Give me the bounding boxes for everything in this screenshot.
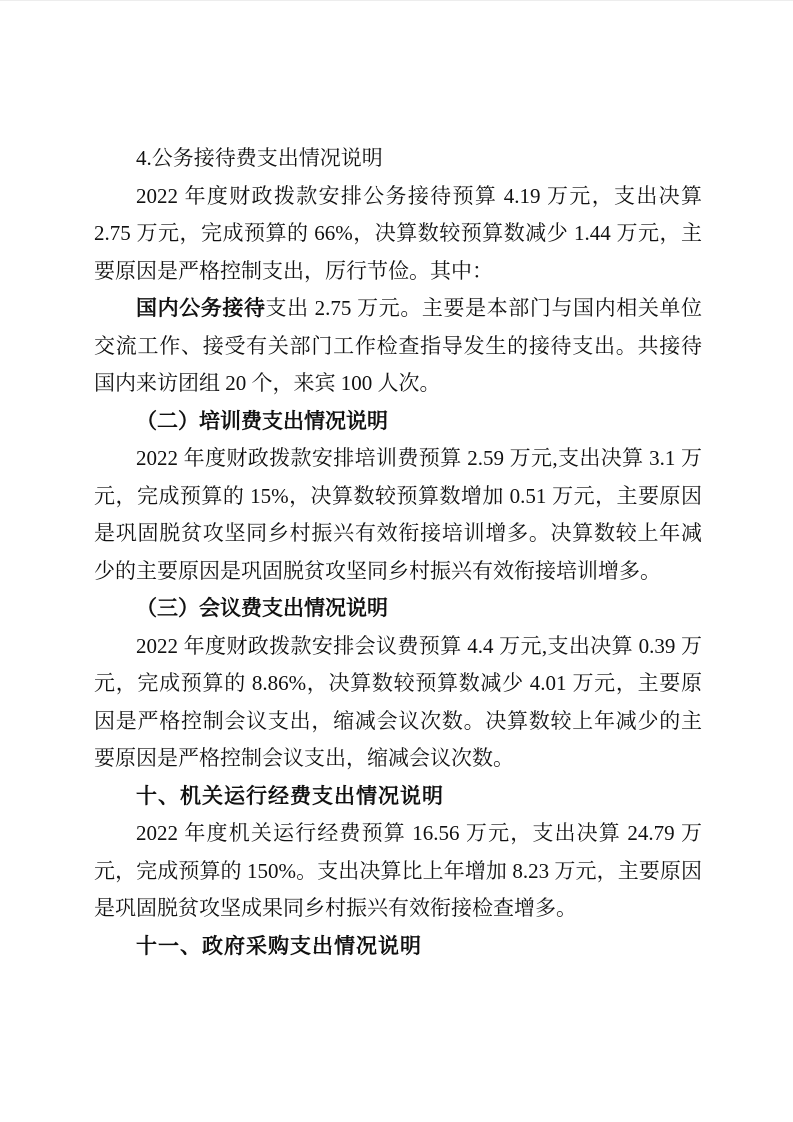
para-agency-operating-expense: 2022 年度机关运行经费预算 16.56 万元，支出决算 24.79 万元，完… — [94, 815, 702, 928]
para-official-reception-summary: 2022 年度财政拨款安排公务接待预算 4.19 万元，支出决算 2.75 万元… — [94, 178, 702, 291]
heading-meeting-expense: （三）会议费支出情况说明 — [94, 590, 702, 628]
para-meeting-expense: 2022 年度财政拨款安排会议费预算 4.4 万元,支出决算 0.39 万元，完… — [94, 628, 702, 778]
heading-government-procurement: 十一、政府采购支出情况说明 — [94, 928, 702, 966]
para-training-expense: 2022 年度财政拨款安排培训费预算 2.59 万元,支出决算 3.1 万元，完… — [94, 440, 702, 590]
document-page: 4.公务接待费支出情况说明 2022 年度财政拨款安排公务接待预算 4.19 万… — [0, 0, 793, 1122]
heading-official-reception-expense: 4.公务接待费支出情况说明 — [94, 140, 702, 178]
domestic-reception-lead-text: 国内公务接待 — [136, 296, 266, 320]
document-body: 4.公务接待费支出情况说明 2022 年度财政拨款安排公务接待预算 4.19 万… — [94, 140, 702, 965]
heading-agency-operating-expense: 十、机关运行经费支出情况说明 — [94, 778, 702, 816]
heading-training-expense: （二）培训费支出情况说明 — [94, 403, 702, 441]
para-domestic-reception: 国内公务接待支出 2.75 万元。主要是本部门与国内相关单位交流工作、接受有关部… — [94, 290, 702, 403]
